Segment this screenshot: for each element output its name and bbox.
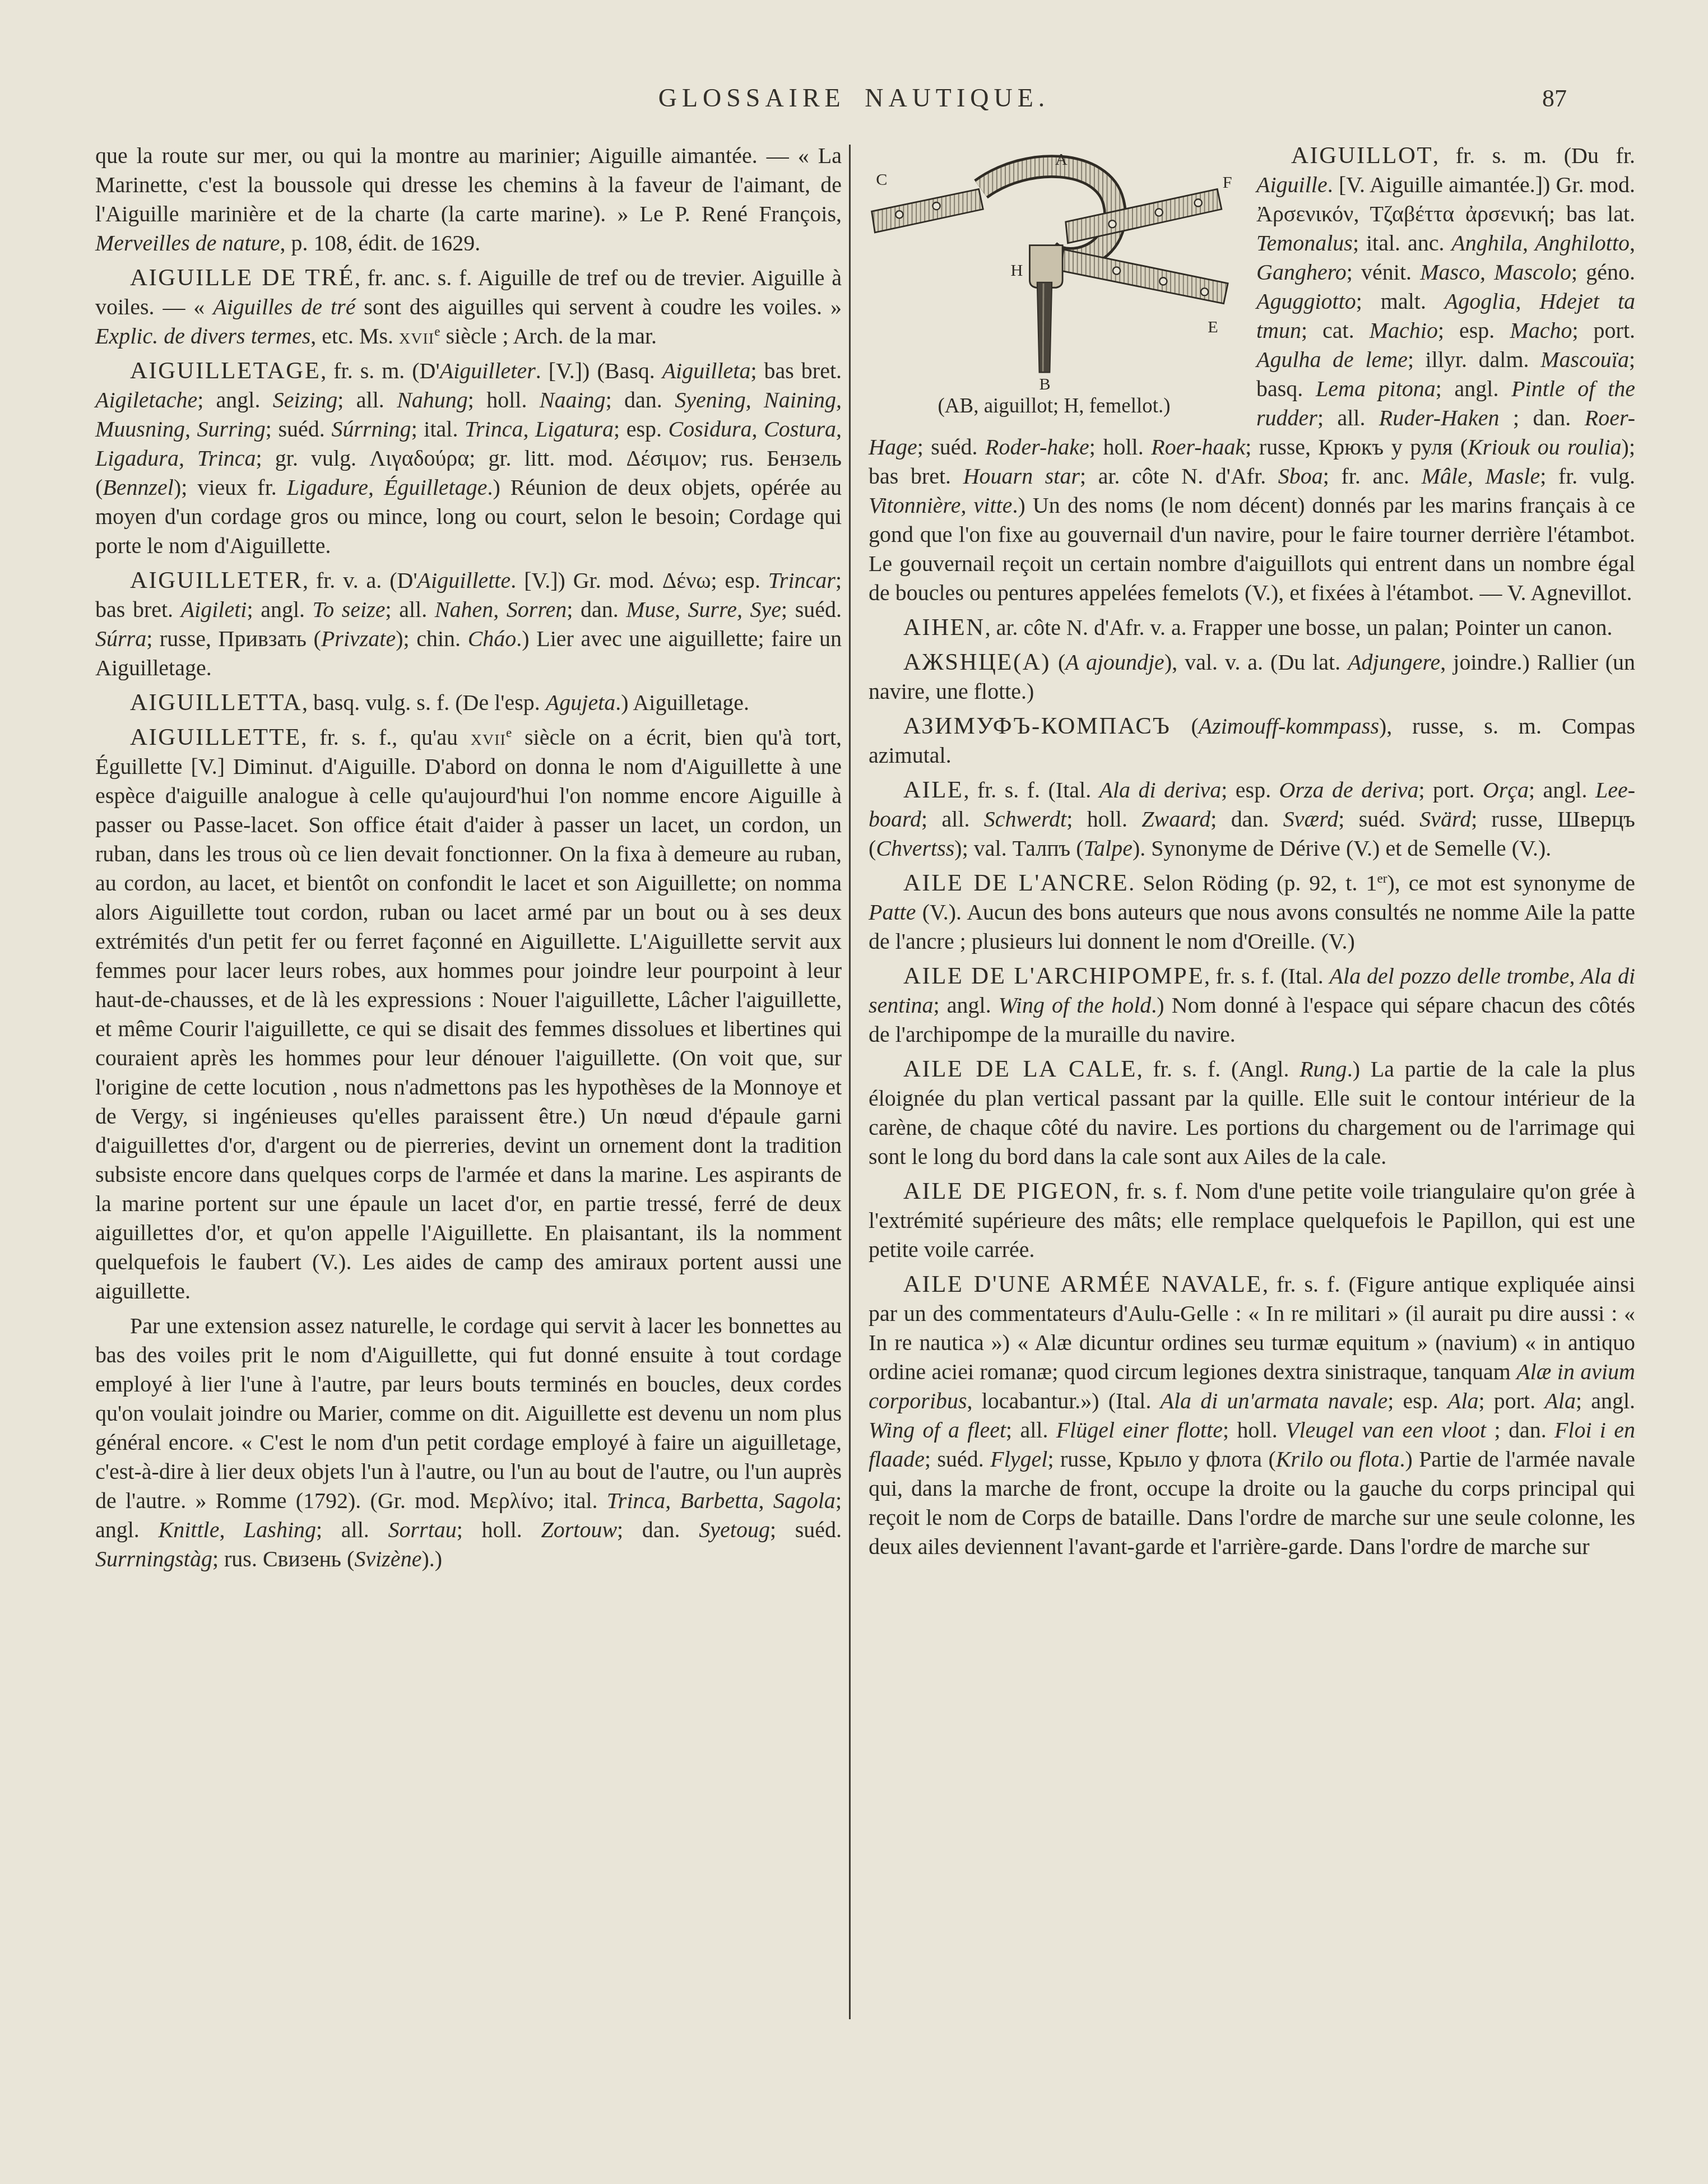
femellot-left-strap xyxy=(872,189,983,233)
entry-aile: AILE, fr. s. f. (Ital. Ala di deriva; es… xyxy=(869,776,1635,863)
entry-aile-de-la-cale: AILE DE LA CALE, fr. s. f. (Angl. Rung.)… xyxy=(869,1055,1635,1171)
figure-caption: (AB, aiguillot; H, femellot.) xyxy=(869,393,1240,419)
figure-label-f: F xyxy=(1223,173,1232,192)
column-divider-rule xyxy=(849,145,851,2019)
entry-aile-de-l-ancre: AILE DE L'ANCRE. Selon Röding (p. 92, t.… xyxy=(869,869,1635,956)
entry-aihen: AIHEN, ar. côte N. d'Afr. v. a. Frapper … xyxy=(869,613,1635,642)
entry-aile-d-une-armee-navale: AILE D'UNE ARMÉE NAVALE, fr. s. f. (Figu… xyxy=(869,1270,1635,1561)
entry-aile-de-pigeon: AILE DE PIGEON, fr. s. f. Nom d'une peti… xyxy=(869,1177,1635,1264)
entry-aiguille-de-tre: AIGUILLE DE TRÉ, fr. anc. s. f. Aiguille… xyxy=(95,263,842,351)
entry-ajounce: АЖЅНЦЕ(А) (A ajoundje), val. v. a. (Du l… xyxy=(869,648,1635,706)
figure-label-h: H xyxy=(1010,261,1023,280)
figure-label-e: E xyxy=(1208,317,1218,336)
figure-label-b: B xyxy=(1039,374,1051,393)
scanned-book-page: { "header": { "title": "GLOSSAIRE NAUTIQ… xyxy=(0,0,1708,2184)
page-title: GLOSSAIRE NAUTIQUE. xyxy=(658,84,1050,112)
entry-azimouf-kompass: АЗИМУФЪ-КОМПАСЪ (Azimouff-kommpass), rus… xyxy=(869,712,1635,770)
entry-aiguilletta: AIGUILLETTA, basq. vulg. s. f. (De l'esp… xyxy=(95,688,842,717)
aiguillot-pin xyxy=(1037,282,1052,373)
entry-figure: C A F H E B (AB, aiguillot; H, femellot.… xyxy=(869,143,1240,419)
femellot-boss xyxy=(1029,245,1062,288)
right-column: C A F H E B (AB, aiguillot; H, femellot.… xyxy=(869,141,1635,1561)
entry-aiguilletage: AIGUILLETAGE, fr. s. m. (D'Aiguilleter. … xyxy=(95,356,842,560)
figure-label-c: C xyxy=(876,170,887,189)
figure-label-a: A xyxy=(1055,150,1067,169)
entry-aile-de-l-archipompe: AILE DE L'ARCHIPOMPE, fr. s. f. (Ital. A… xyxy=(869,962,1635,1049)
page-number: 87 xyxy=(1542,84,1567,113)
femellot-lower-right-strap xyxy=(1060,249,1228,303)
left-column: que la route sur mer, ou qui la montre a… xyxy=(95,141,842,1574)
entry-aiguilleter: AIGUILLETER, fr. v. a. (D'Aiguillette. [… xyxy=(95,566,842,683)
femellot-upper-right-strap xyxy=(1066,189,1222,243)
aiguillot-engraving-illustration: C A F H E B xyxy=(869,143,1240,392)
entry-aiguillette-extension: Par une extension assez naturelle, le co… xyxy=(95,1311,842,1574)
continuation-entry-aiguille-aimantee: que la route sur mer, ou qui la montre a… xyxy=(95,141,842,258)
running-head: GLOSSAIRE NAUTIQUE. xyxy=(0,83,1708,113)
entry-aiguillette: AIGUILLETTE, fr. s. f., qu'au xviie sièc… xyxy=(95,723,842,1306)
